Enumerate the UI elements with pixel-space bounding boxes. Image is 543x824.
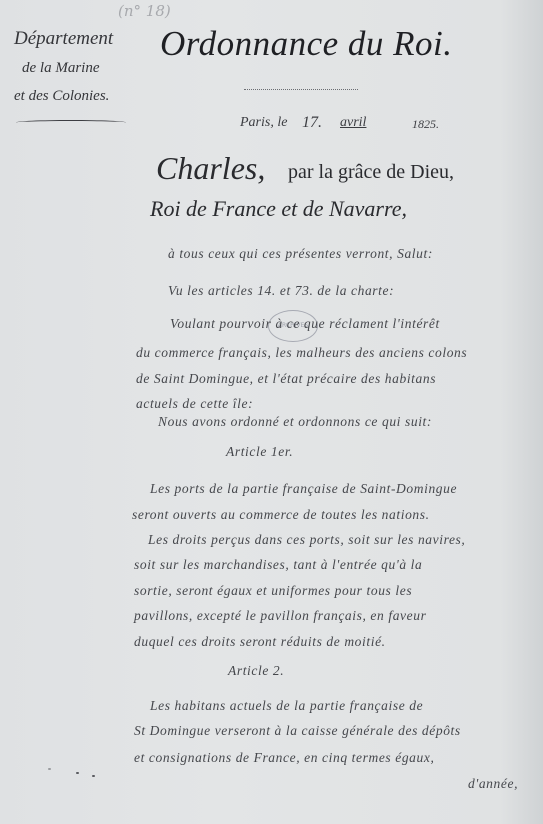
king-title: Roi de France et de Navarre, bbox=[150, 196, 407, 222]
article-line: duquel ces droits seront réduits de moit… bbox=[134, 634, 386, 650]
ink-speck bbox=[76, 772, 79, 774]
page-title: Ordonnance du Roi. bbox=[160, 24, 453, 64]
ink-speck bbox=[92, 775, 95, 777]
article-line: sortie, seront égaux et uniformes pour t… bbox=[134, 583, 412, 599]
body-line: du commerce français, les malheurs des a… bbox=[136, 345, 467, 361]
king-name: Charles, bbox=[156, 150, 265, 187]
article-line: seront ouverts au commerce de toutes les… bbox=[132, 507, 430, 523]
date-month: avril bbox=[340, 115, 366, 131]
title-rule bbox=[244, 89, 358, 90]
article-line: Les habitans actuels de la partie frança… bbox=[150, 698, 423, 714]
body-line: Vu les articles 14. et 73. de la charte: bbox=[168, 283, 394, 299]
by-grace-of-god: par la grâce de Dieu, bbox=[288, 161, 454, 184]
date-day: 17. bbox=[302, 114, 322, 132]
article-heading: Article 1er. bbox=[226, 444, 293, 460]
document-page: (n° 18) Département de la Marine et des … bbox=[0, 0, 543, 824]
article-line: soit sur les marchandises, tant à l'entr… bbox=[134, 557, 422, 573]
ink-speck bbox=[48, 768, 51, 770]
body-line: Nous avons ordonné et ordonnons ce qui s… bbox=[158, 414, 432, 430]
pencil-annotation: (n° 18) bbox=[118, 2, 171, 20]
date-year: 1825. bbox=[412, 117, 439, 132]
body-line: Voulant pourvoir à ce que réclament l'in… bbox=[170, 316, 440, 332]
article-line: St Domingue verseront à la caisse généra… bbox=[134, 723, 461, 739]
catchword: d'année, bbox=[468, 776, 518, 792]
date-place: Paris, le bbox=[240, 115, 287, 131]
body-line: de Saint Domingue, et l'état précaire de… bbox=[136, 371, 436, 387]
department-line-1: Département bbox=[14, 28, 113, 50]
article-line: Les droits perçus dans ces ports, soit s… bbox=[148, 532, 465, 548]
article-line: et consignations de France, en cinq term… bbox=[134, 750, 434, 766]
article-heading: Article 2. bbox=[228, 663, 284, 679]
department-underline bbox=[16, 120, 126, 125]
department-line-3: et des Colonies. bbox=[14, 88, 109, 105]
article-line: Les ports de la partie française de Sain… bbox=[150, 481, 457, 497]
body-line: actuels de cette île: bbox=[136, 396, 253, 412]
salutation: à tous ceux qui ces présentes verront, S… bbox=[168, 246, 433, 262]
department-line-2: de la Marine bbox=[22, 60, 99, 77]
article-line: pavillons, excepté le pavillon français,… bbox=[134, 608, 426, 624]
